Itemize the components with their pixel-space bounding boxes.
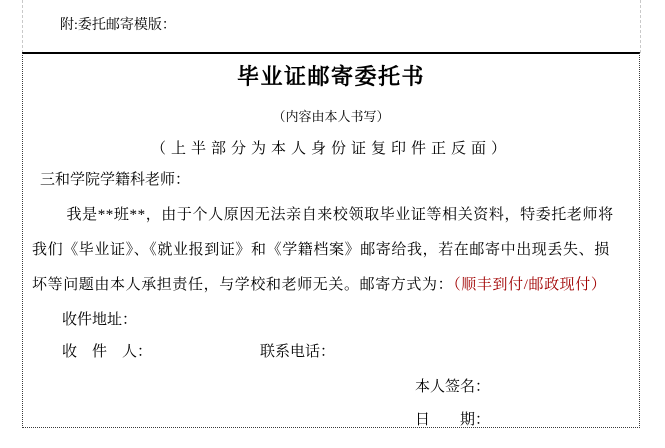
body-paragraph-line-2: 我们《毕业证》、《就业报到证》和《学籍档案》邮寄给我，若在邮寄中出现丢失、损 — [32, 240, 632, 260]
attachment-heading: 附:委托邮寄模版： — [60, 17, 176, 35]
body-line-3-black-text: 坏等问题由本人承担责任，与学校和老师无关。邮寄方式为： — [32, 277, 453, 293]
document-page: { "colors": { "accent_red": "#a00000", "… — [0, 0, 665, 448]
body-paragraph-line-1: 我是**班**，由于个人原因无法亲自来校领取毕业证等相关资料，特委托老师将 — [32, 205, 632, 225]
signature-label: 本人签名： — [415, 377, 490, 397]
note-content-by-self: （内容由本人书写） — [23, 108, 639, 126]
authorization-letter-box: 毕业证邮寄委托书 （内容由本人书写） （上半部分为本人身份证复印件正反面） 三和… — [22, 52, 640, 428]
page-text-boundary-right — [640, 0, 641, 53]
shipping-method-options-red: （顺丰到付/邮政现付） — [453, 277, 606, 293]
letter-title: 毕业证邮寄委托书 — [23, 63, 639, 91]
page-text-boundary-left — [22, 0, 23, 53]
salutation-line: 三和学院学籍科老师： — [40, 170, 190, 190]
note-id-copy: （上半部分为本人身份证复印件正反面） — [23, 139, 639, 159]
contact-phone-label: 联系电话： — [260, 342, 335, 362]
recipient-name-label: 收 件 人： — [62, 342, 152, 362]
date-label: 日 期： — [415, 410, 490, 430]
recipient-address-label: 收件地址： — [62, 310, 137, 330]
body-paragraph-line-3: 坏等问题由本人承担责任，与学校和老师无关。邮寄方式为：（顺丰到付/邮政现付） — [32, 275, 632, 295]
